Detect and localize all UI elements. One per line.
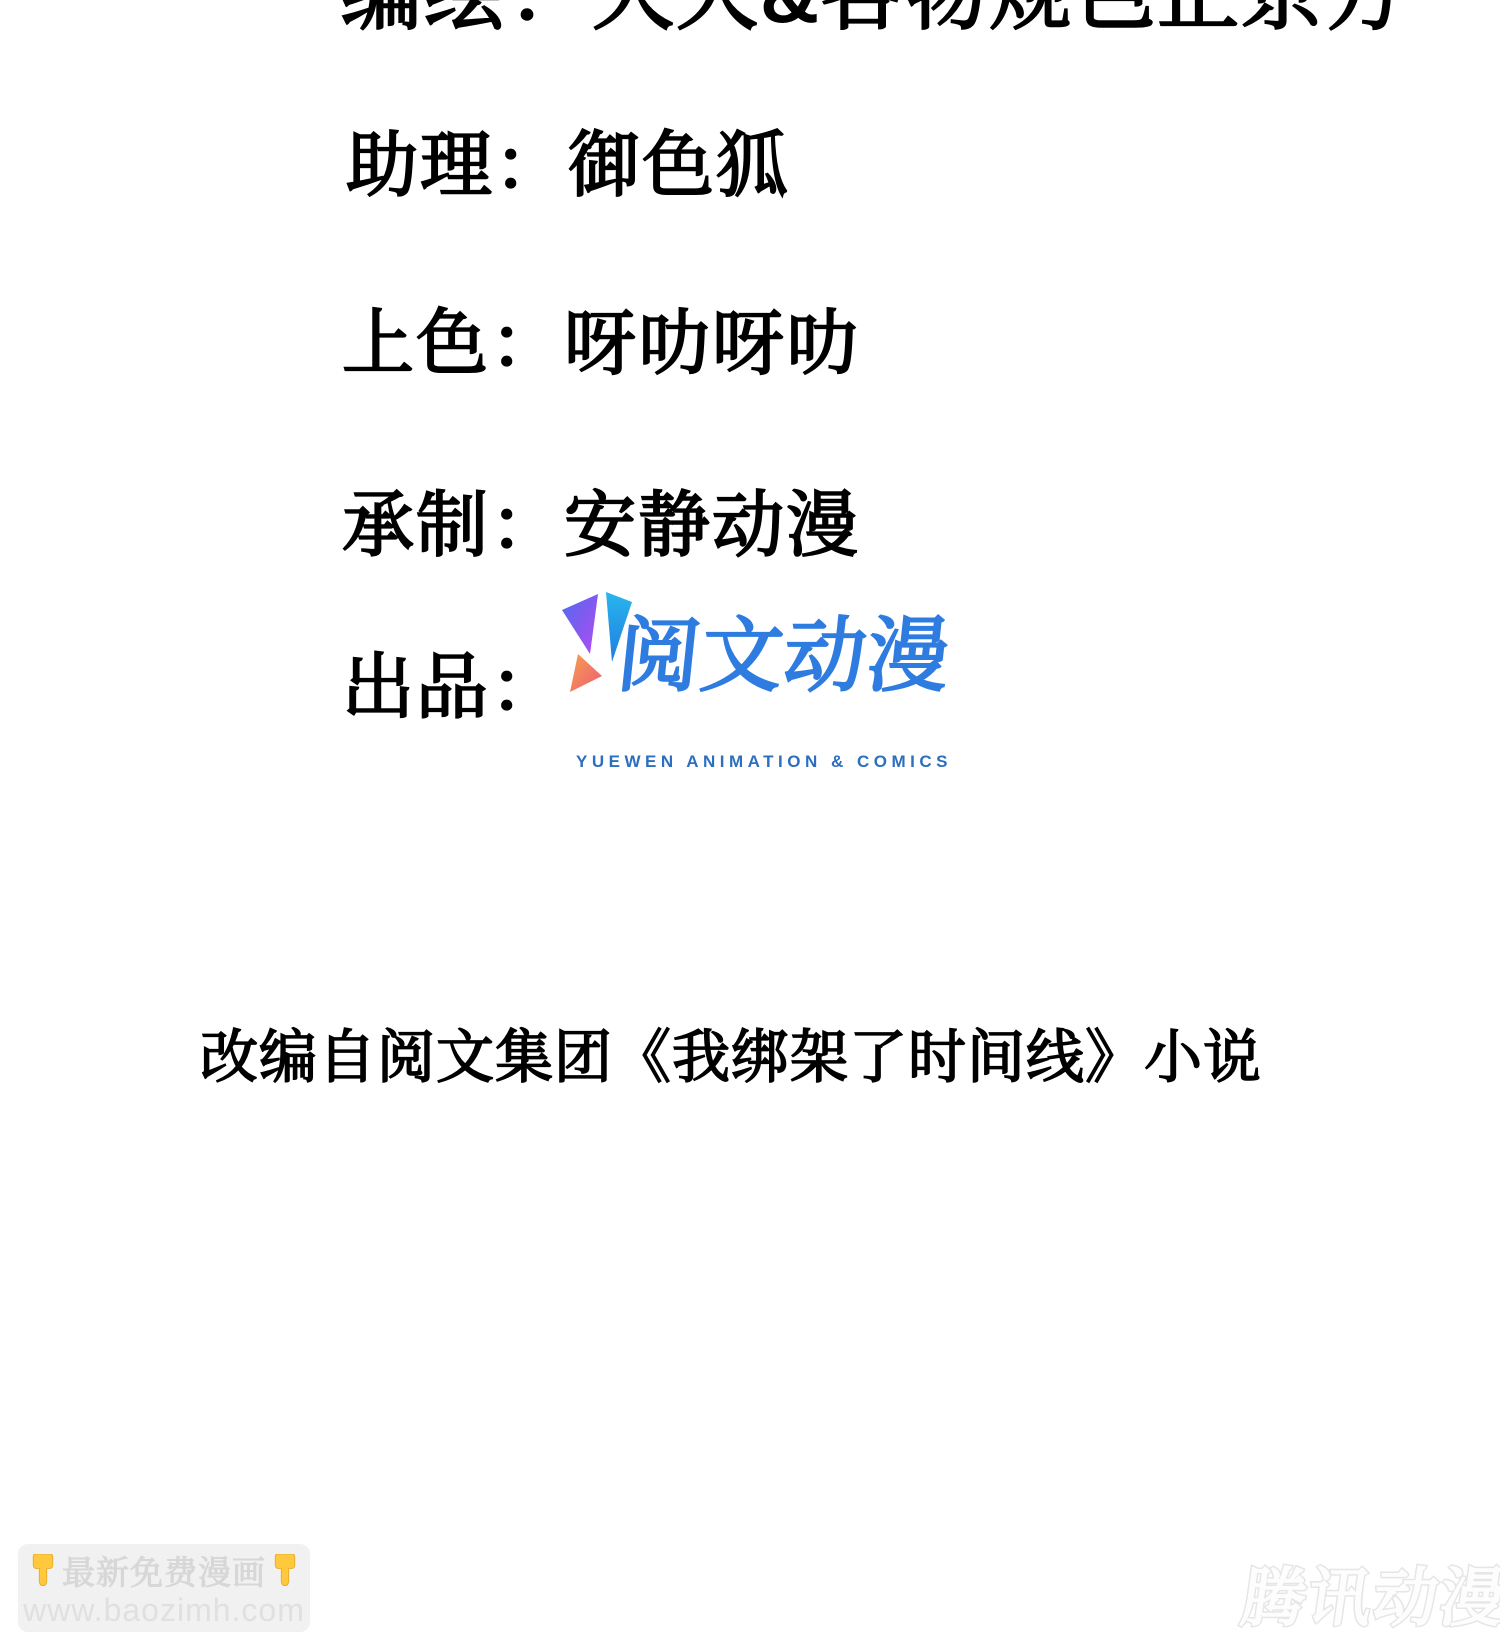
- baozimh-watermark-url: www.baozimh.com: [23, 1592, 305, 1629]
- baozimh-watermark-text: 最新免费漫画: [62, 1547, 266, 1594]
- pointing-down-hand-icon: [28, 1554, 58, 1588]
- tencent-comics-watermark: 腾讯动漫: [1238, 1566, 1500, 1630]
- credit-line-artist: 编绘：大大&各物规色正京方: [340, 0, 1409, 36]
- adaptation-note: 改编自阅文集团《我绑架了时间线》小说: [200, 1026, 1262, 1090]
- yuewen-logo: 阅文动漫 YUEWEN ANIMATION & COMICS: [540, 592, 960, 782]
- baozimh-watermark: 最新免费漫画 www.baozimh.com: [18, 1544, 310, 1632]
- comic-credits-page: 编绘：大大&各物规色正京方 助理：御色狐 上色：呀叻呀叻 承制：安静动漫 出品：: [0, 0, 1500, 1651]
- pointing-down-hand-icon: [270, 1554, 300, 1588]
- credit-line-publisher-label: 出品：: [342, 652, 564, 724]
- yuewen-logo-wordmark: 阅文动漫: [614, 616, 955, 698]
- credit-line-producer: 承制：安静动漫: [342, 490, 860, 562]
- credit-line-colorist: 上色：呀叻呀叻: [342, 308, 860, 380]
- baozimh-watermark-row1: 最新免费漫画: [28, 1547, 300, 1594]
- yuewen-logo-tagline: YUEWEN ANIMATION & COMICS: [576, 752, 952, 772]
- credit-line-assistant: 助理：御色狐: [346, 130, 790, 202]
